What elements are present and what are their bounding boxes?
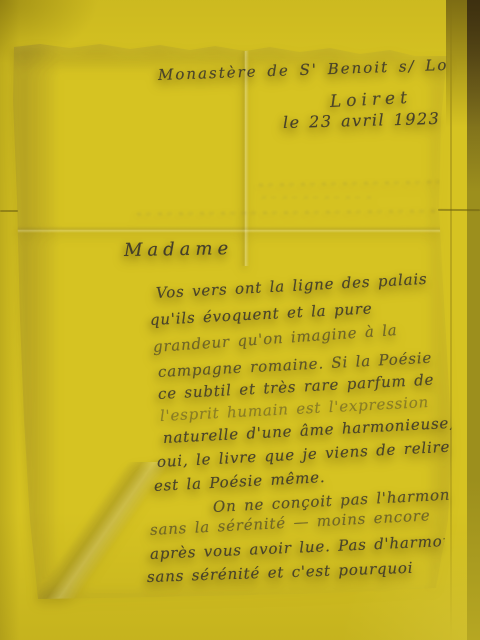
body-line: sans sérénité et c'est pourquoi (147, 559, 414, 586)
fold-crease-horizontal (16, 226, 446, 233)
fold-crease-diagonal (18, 462, 168, 602)
photo-of-handwritten-letter: Monastère de S' Benoit s/ Loire Loiret l… (0, 0, 480, 640)
letter-paper: Monastère de S' Benoit s/ Loire Loiret l… (0, 0, 480, 640)
letterhead-monastery-line: Monastère de S' Benoit s/ Loire (158, 55, 476, 84)
ink-bleed-through (255, 196, 375, 199)
ink-bleed-through (130, 209, 440, 215)
letterhead-department-line: Loiret (329, 88, 412, 112)
salutation: Madame (124, 238, 233, 261)
body-line: est la Poésie même. (154, 468, 326, 495)
letterhead-date-line: le 23 avril 1923. (283, 109, 447, 132)
ink-bleed-through (252, 180, 442, 186)
body-line: Vos vers ont la ligne des palais (156, 270, 428, 302)
letter-paper-shadow: Monastère de S' Benoit s/ Loire Loiret l… (0, 0, 480, 640)
